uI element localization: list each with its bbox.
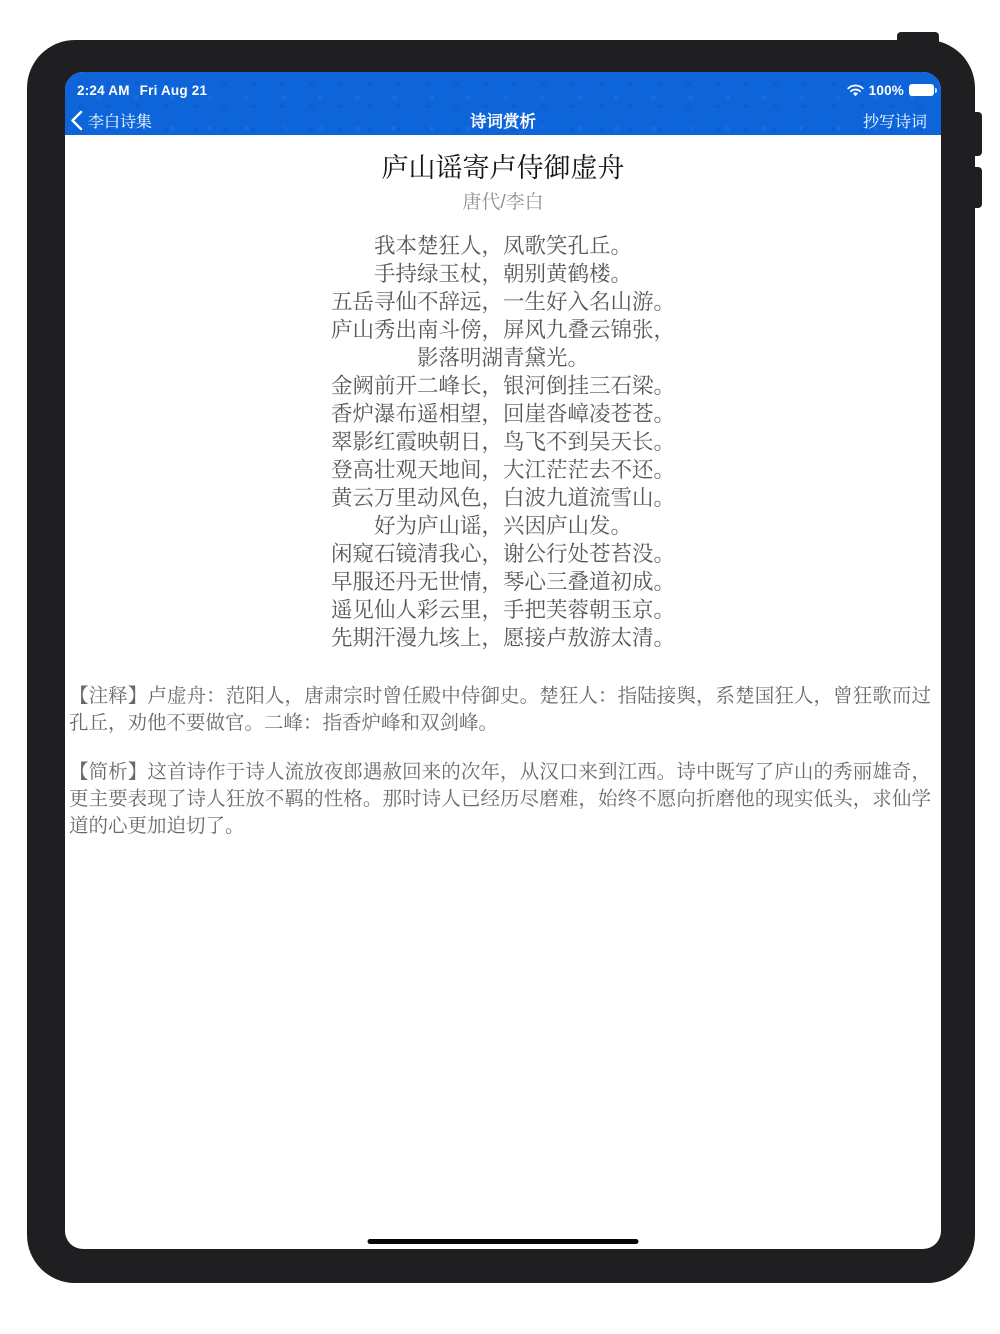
poem-line: 庐山秀出南斗傍，屏风九叠云锦张，: [65, 316, 941, 344]
page-background: { "status_bar": { "time": "2:24 AM", "da…: [0, 0, 1000, 1334]
poem-line: 五岳寻仙不辞远，一生好入名山游。: [65, 288, 941, 316]
wifi-icon: [847, 84, 864, 97]
copy-poem-button[interactable]: 抄写诗词: [863, 109, 927, 132]
battery-icon: [909, 84, 934, 96]
status-bar: 2:24 AM Fri Aug 21 100%: [65, 72, 941, 103]
poem-title: 庐山谣寄卢侍御虚舟: [65, 152, 941, 184]
header: 2:24 AM Fri Aug 21 100%: [65, 72, 941, 135]
battery-percent: 100%: [869, 83, 904, 98]
poem-line: 影落明湖青黛光。: [65, 344, 941, 372]
poem-line: 早服还丹无世情，琴心三叠道初成。: [65, 568, 941, 596]
poem-line: 闲窥石镜清我心，谢公行处苍苔没。: [65, 540, 941, 568]
analysis-paragraph: 【简析】这首诗作于诗人流放夜郎遇赦回来的次年，从汉口来到江西。诗中既写了庐山的秀…: [69, 759, 931, 840]
status-date: Fri Aug 21: [140, 83, 208, 98]
poem-line: 我本楚狂人，凤歌笑孔丘。: [65, 232, 941, 260]
poem-line: 黄云万里动风色，白波九道流雪山。: [65, 484, 941, 512]
back-button[interactable]: 李白诗集: [70, 109, 152, 132]
screen: 2:24 AM Fri Aug 21 100%: [65, 72, 941, 1249]
poem-content: 庐山谣寄卢侍御虚舟 唐代/李白 我本楚狂人，凤歌笑孔丘。 手持绿玉杖，朝别黄鹤楼…: [65, 152, 941, 840]
poem-line: 先期汗漫九垓上，愿接卢敖游太清。: [65, 624, 941, 652]
volume-down-button[interactable]: [971, 167, 982, 208]
chevron-left-icon: [70, 110, 83, 131]
poem-body: 我本楚狂人，凤歌笑孔丘。 手持绿玉杖，朝别黄鹤楼。 五岳寻仙不辞远，一生好入名山…: [65, 232, 941, 652]
poem-line: 金阙前开二峰长，银河倒挂三石梁。: [65, 372, 941, 400]
home-indicator[interactable]: [368, 1239, 639, 1244]
poem-line: 手持绿玉杖，朝别黄鹤楼。: [65, 260, 941, 288]
notes-paragraph: 【注释】卢虚舟：范阳人，唐肃宗时曾任殿中侍御史。楚狂人：指陆接舆，系楚国狂人，曾…: [69, 683, 931, 737]
volume-up-button[interactable]: [971, 112, 982, 156]
page-title: 诗词赏析: [65, 108, 941, 132]
status-time: 2:24 AM: [77, 83, 130, 98]
poem-line: 翠影红霞映朝日，鸟飞不到吴天长。: [65, 428, 941, 456]
ipad-device-frame: 2:24 AM Fri Aug 21 100%: [27, 40, 975, 1283]
poem-line: 好为庐山谣，兴因庐山发。: [65, 512, 941, 540]
poem-line: 登高壮观天地间，大江茫茫去不还。: [65, 456, 941, 484]
poem-line: 香炉瀑布遥相望，回崖沓嶂凌苍苍。: [65, 400, 941, 428]
navigation-bar: 李白诗集 诗词赏析 抄写诗词: [65, 103, 941, 137]
back-button-label: 李白诗集: [88, 109, 152, 132]
poem-line: 遥见仙人彩云里，手把芙蓉朝玉京。: [65, 596, 941, 624]
power-button[interactable]: [897, 32, 939, 44]
poem-author: 唐代/李白: [65, 191, 941, 215]
